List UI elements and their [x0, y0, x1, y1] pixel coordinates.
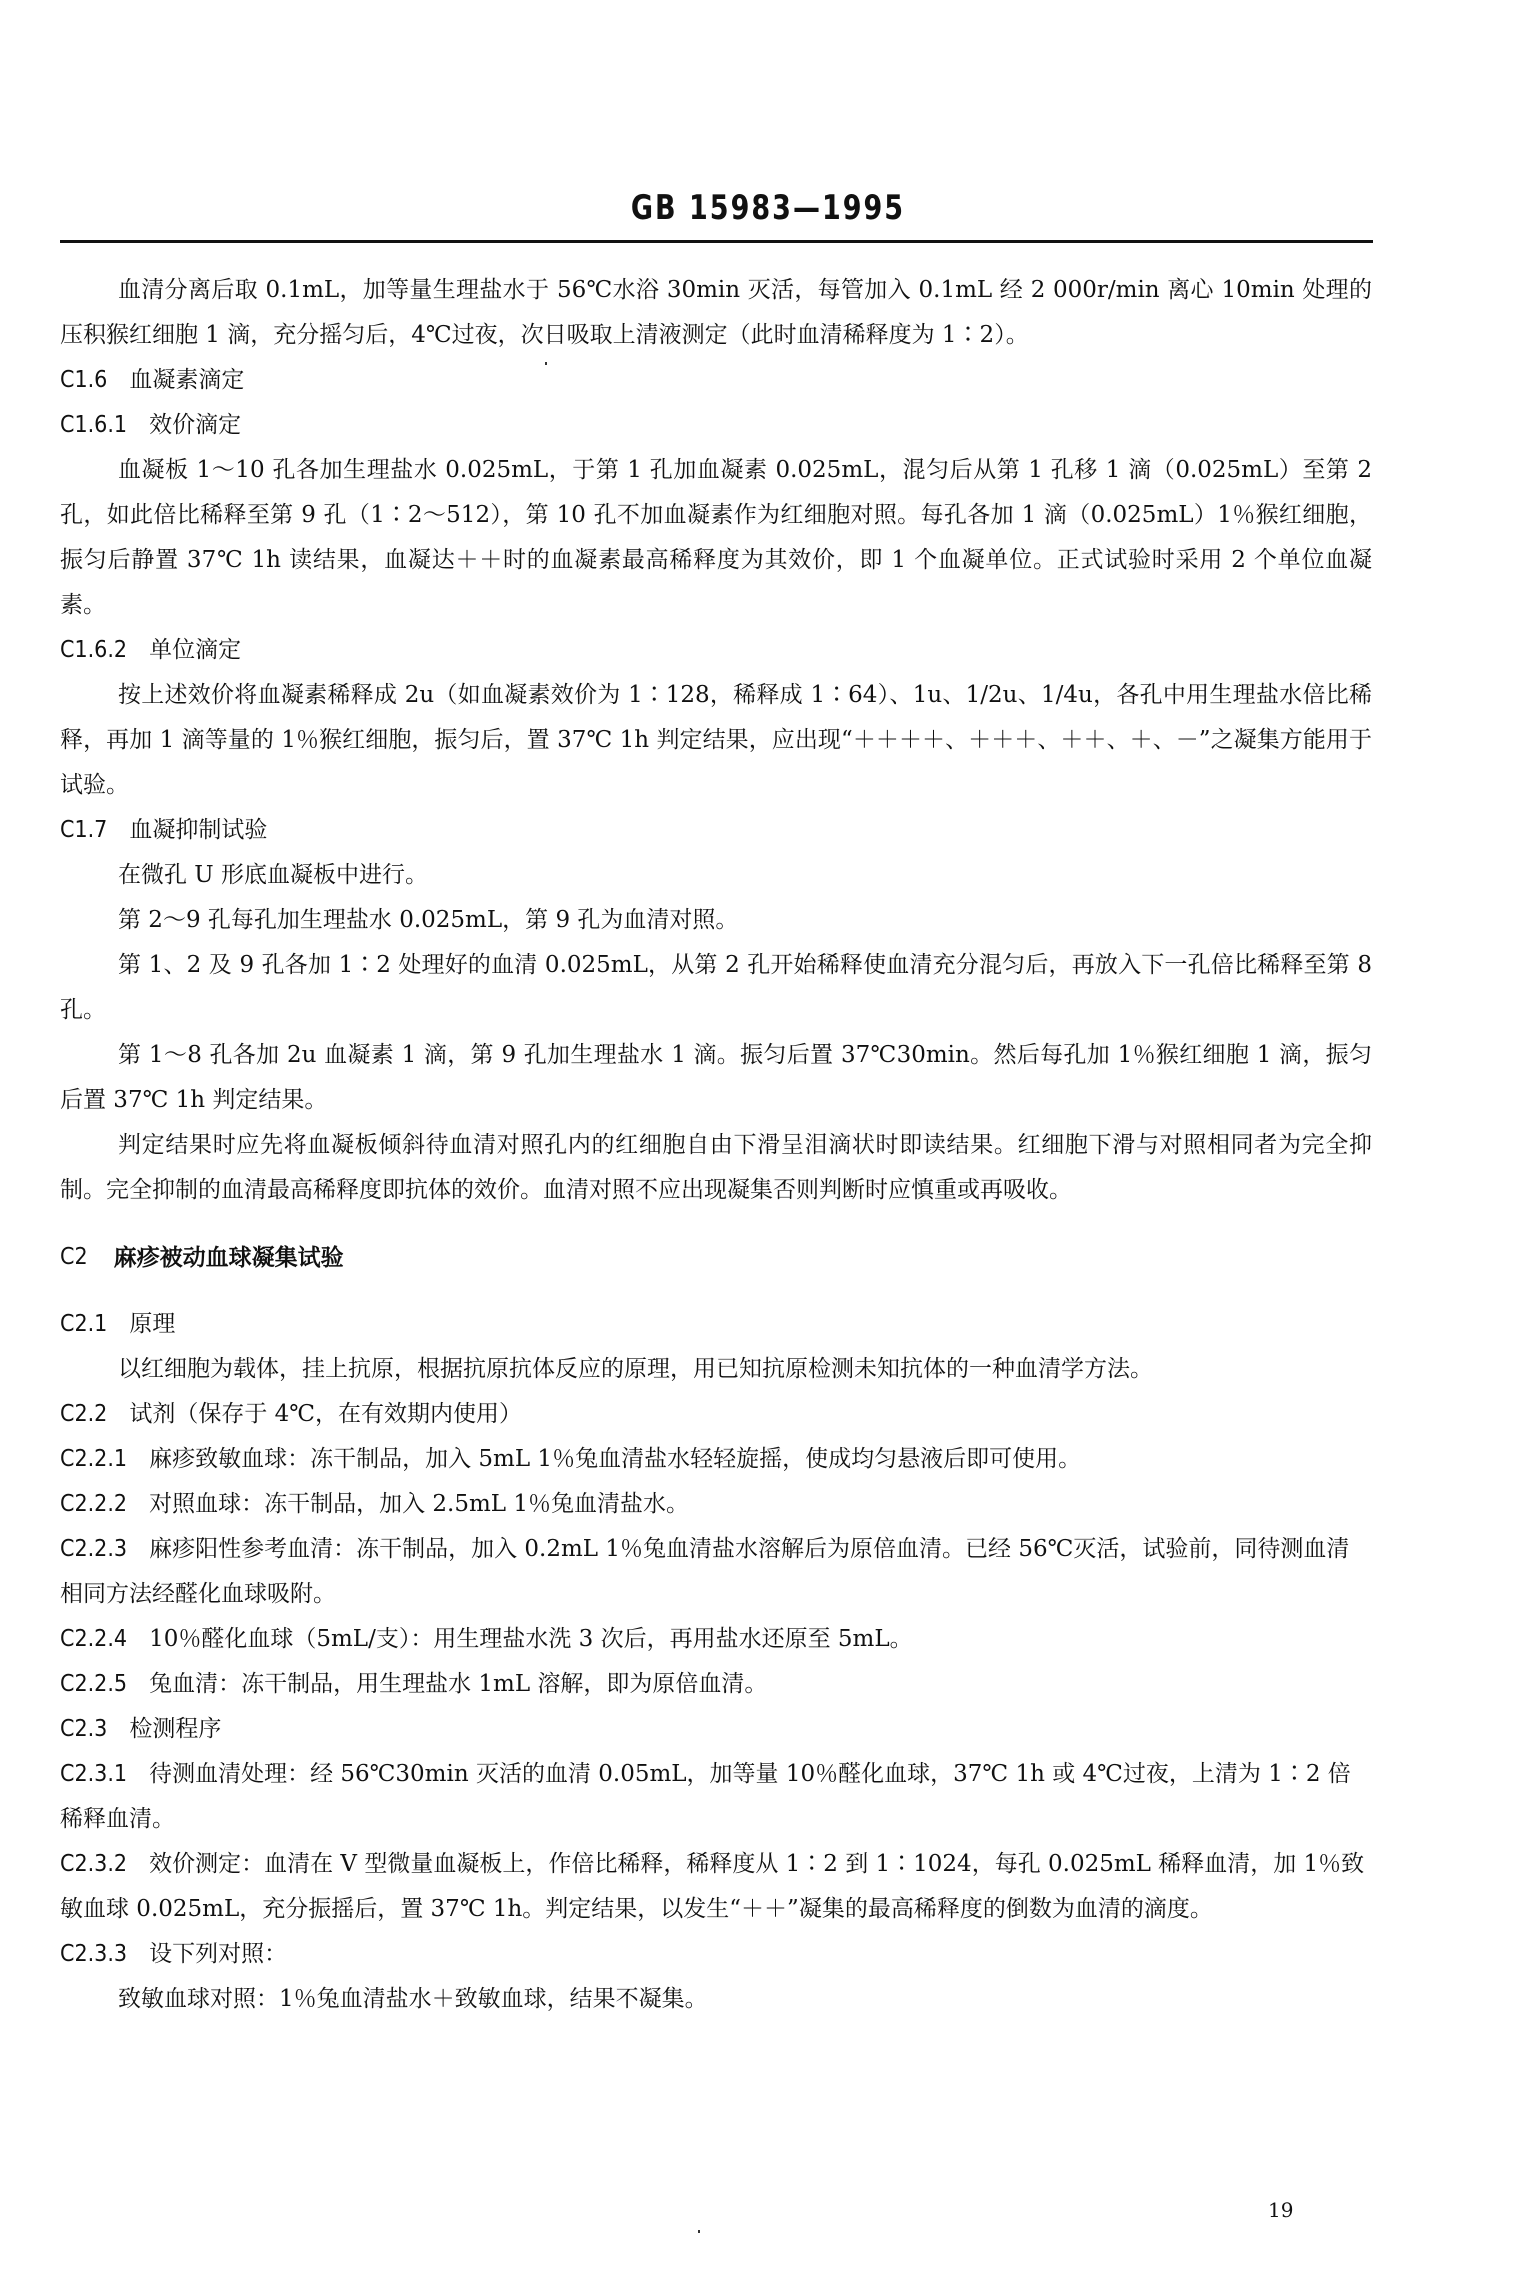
- paragraph: 在微孔 U 形底血凝板中进行。: [60, 853, 1372, 898]
- section-number: C2.3.2: [60, 1851, 127, 1877]
- paragraph: 判定结果时应先将血凝板倾斜待血清对照孔内的红细胞自由下滑呈泪滴状时即读结果。红细…: [60, 1123, 1372, 1213]
- section-item-c2-2-1: C2.2.1 麻疹致敏血球：冻干制品，加入 5mL 1％兔血清盐水轻轻旋摇，使成…: [60, 1437, 1372, 1482]
- section-heading-c2-1: C2.1 原理: [60, 1302, 1372, 1347]
- section-heading-c1-6-1: C1.6.1 效价滴定: [60, 403, 1372, 448]
- paragraph: 血凝板 1～10 孔各加生理盐水 0.025mL，于第 1 孔加血凝素 0.02…: [60, 448, 1372, 628]
- section-item-c2-2-3: C2.2.3麻疹阳性参考血清：冻干制品，加入 0.2mL 1％兔血清盐水溶解后为…: [60, 1527, 1372, 1617]
- section-title: 效价滴定: [149, 403, 241, 448]
- paragraph: 血清分离后取 0.1mL，加等量生理盐水于 56℃水浴 30min 灭活，每管加…: [60, 268, 1372, 358]
- paragraph: 按上述效价将血凝素稀释成 2u（如血凝素效价为 1∶128，稀释成 1∶64）、…: [60, 673, 1372, 808]
- section-item-c2-2-4: C2.2.4 10％醛化血球（5mL/支）：用生理盐水洗 3 次后，再用盐水还原…: [60, 1617, 1372, 1662]
- section-title: 血凝抑制试验: [129, 808, 267, 853]
- section-text: 对照血球：冻干制品，加入 2.5mL 1％兔血清盐水。: [149, 1482, 689, 1527]
- section-title: 血凝素滴定: [129, 358, 244, 403]
- section-item-c2-2-2: C2.2.2 对照血球：冻干制品，加入 2.5mL 1％兔血清盐水。: [60, 1482, 1372, 1527]
- section-number: C2.2.5: [60, 1662, 127, 1707]
- document-header-standard-number: GB 15983—1995: [0, 189, 1536, 228]
- section-text: 效价测定：血清在 V 型微量血凝板上，作倍比稀释，稀释度从 1∶2 到 1∶10…: [60, 1851, 1364, 1922]
- paragraph: 第 1、2 及 9 孔各加 1∶2 处理好的血清 0.025mL，从第 2 孔开…: [60, 943, 1372, 1033]
- section-item-c2-3-3: C2.3.3 设下列对照：: [60, 1932, 1372, 1977]
- section-number: C2.3: [60, 1707, 107, 1752]
- section-number: C1.6.2: [60, 628, 127, 673]
- section-text: 兔血清：冻干制品，用生理盐水 1mL 溶解，即为原倍血清。: [149, 1662, 767, 1707]
- section-title: 检测程序: [129, 1707, 221, 1752]
- section-number: C2.2.3: [60, 1536, 127, 1562]
- section-text: 设下列对照：: [149, 1932, 287, 1977]
- chapter-heading-c2: C2 麻疹被动血球凝集试验: [60, 1235, 1372, 1280]
- section-heading-c1-6-2: C1.6.2 单位滴定: [60, 628, 1372, 673]
- section-heading-c1-7: C1.7 血凝抑制试验: [60, 808, 1372, 853]
- page-number: 19: [1268, 2198, 1293, 2222]
- paragraph: 第 1～8 孔各加 2u 血凝素 1 滴，第 9 孔加生理盐水 1 滴。振匀后置…: [60, 1033, 1372, 1123]
- section-item-c2-3-2: C2.3.2效价测定：血清在 V 型微量血凝板上，作倍比稀释，稀释度从 1∶2 …: [60, 1842, 1372, 1932]
- paragraph: 以红细胞为载体，挂上抗原，根据抗原抗体反应的原理，用已知抗原检测未知抗体的一种血…: [60, 1347, 1372, 1392]
- section-number: C1.6: [60, 358, 107, 403]
- section-heading-c2-2: C2.2 试剂（保存于 4℃，在有效期内使用）: [60, 1392, 1372, 1437]
- header-rule-divider: [60, 240, 1373, 243]
- scan-speck: [698, 2230, 700, 2233]
- section-text: 麻疹阳性参考血清：冻干制品，加入 0.2mL 1％兔血清盐水溶解后为原倍血清。已…: [60, 1536, 1349, 1607]
- section-heading-c1-6: C1.6 血凝素滴定: [60, 358, 1372, 403]
- document-body: 血清分离后取 0.1mL，加等量生理盐水于 56℃水浴 30min 灭活，每管加…: [60, 268, 1372, 2022]
- section-title: 试剂（保存于 4℃，在有效期内使用）: [129, 1392, 522, 1437]
- section-text: 麻疹致敏血球：冻干制品，加入 5mL 1％兔血清盐水轻轻旋摇，使成均匀悬液后即可…: [149, 1437, 1081, 1482]
- scan-speck: [545, 362, 547, 365]
- chapter-title: 麻疹被动血球凝集试验: [114, 1235, 344, 1280]
- section-number: C2.1: [60, 1302, 107, 1347]
- section-number: C2.3.3: [60, 1932, 127, 1977]
- section-number: C1.6.1: [60, 403, 127, 448]
- section-number: C2.2: [60, 1392, 107, 1437]
- section-number: C2.3.1: [60, 1761, 127, 1787]
- section-number: C2.2.1: [60, 1437, 127, 1482]
- section-item-c2-2-5: C2.2.5 兔血清：冻干制品，用生理盐水 1mL 溶解，即为原倍血清。: [60, 1662, 1372, 1707]
- section-number: C2.2.4: [60, 1617, 127, 1662]
- section-number: C1.7: [60, 808, 107, 853]
- section-text: 待测血清处理：经 56℃30min 灭活的血清 0.05mL，加等量 10％醛化…: [60, 1761, 1351, 1832]
- section-item-c2-3-1: C2.3.1待测血清处理：经 56℃30min 灭活的血清 0.05mL，加等量…: [60, 1752, 1372, 1842]
- paragraph: 致敏血球对照：1％兔血清盐水＋致敏血球，结果不凝集。: [60, 1977, 1372, 2022]
- section-heading-c2-3: C2.3 检测程序: [60, 1707, 1372, 1752]
- paragraph: 第 2～9 孔每孔加生理盐水 0.025mL，第 9 孔为血清对照。: [60, 898, 1372, 943]
- section-title: 原理: [129, 1302, 175, 1347]
- chapter-number: C2: [60, 1235, 88, 1280]
- section-text: 10％醛化血球（5mL/支）：用生理盐水洗 3 次后，再用盐水还原至 5mL。: [149, 1617, 913, 1662]
- section-title: 单位滴定: [149, 628, 241, 673]
- section-number: C2.2.2: [60, 1482, 127, 1527]
